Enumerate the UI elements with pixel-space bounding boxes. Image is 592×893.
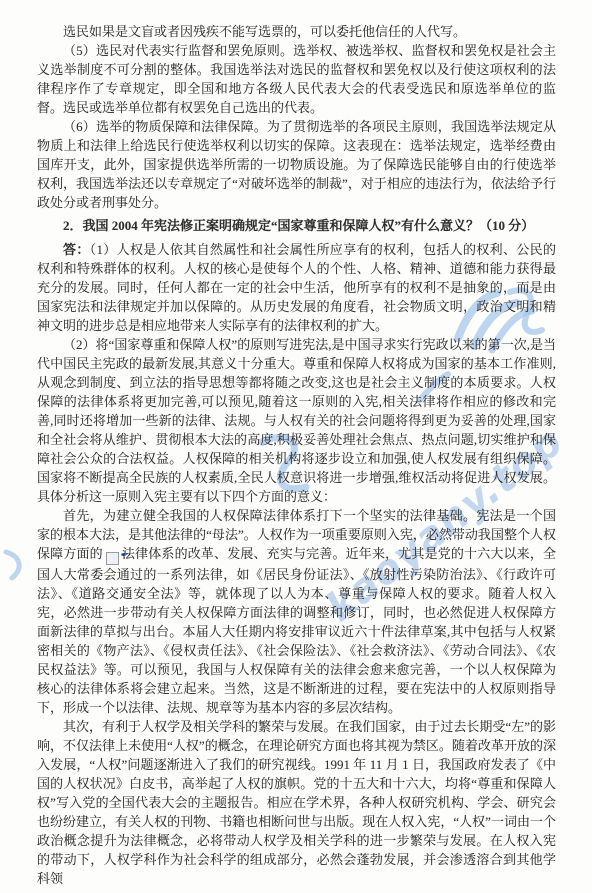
text-run: 法律体系的改革、发展、充实与完善。近年来，尤其是党的十六大以来，全国人大常委会通… bbox=[37, 546, 556, 715]
text-run: （2）将“国家尊重和保障人权”的原则写进宪法,是中国寻求实行宪政以来的第一次,是… bbox=[37, 337, 556, 504]
paragraph-principle-6: （6）选举的物质保障和法律保障。为了贯彻选举的各项民主原则，我国选举法规定从物质… bbox=[37, 117, 556, 212]
answer-first-aspect: 首先，为建立健全我国的人权保障法律体系打下一个坚实的法律基础。宪法是一个国家的根… bbox=[37, 506, 556, 717]
answer-point-2: （2）将“国家尊重和保障人权”的原则写进宪法,是中国寻求实行宪政以来的第一次,是… bbox=[37, 335, 556, 506]
text-run: 选民如果是文盲或者因残疾不能写选票的，可以委托他信任的人代写。 bbox=[63, 24, 466, 39]
question-title: 2．我国 2004 年宪法修正案明确规定“国家尊重和保障人权”有什么意义？（10… bbox=[37, 216, 556, 235]
answer-second-aspect: 其次，有利于人权学及相关学科的繁荣与发展。在我们国家，由于过去长期受“左”的影响… bbox=[37, 717, 556, 888]
text-run: （5）选民对代表实行监督和罢免原则。选举权、被选举权、监督权和罢免权是社会主义选… bbox=[37, 43, 556, 115]
document-body: 选民如果是文盲或者因残疾不能写选票的，可以委托他信任的人代写。（5）选民对代表实… bbox=[37, 22, 556, 888]
text-run: 2．我国 2004 年宪法修正案明确规定“国家尊重和保障人权”有什么意义？（10… bbox=[63, 218, 534, 233]
text-run: （1）人权是人依其自然属性和社会属性所应享有的权利，包括人的权利、公民的权利和特… bbox=[37, 242, 556, 333]
scanned-document-page: kaoyany.top 选民如果是文盲或者因残疾不能写选票的，可以委托他信任的人… bbox=[0, 0, 592, 893]
text-run: 其次，有利于人权学及相关学科的繁荣与发展。在我们国家，由于过去长期受“左”的影响… bbox=[37, 719, 556, 886]
text-run: 答： bbox=[63, 242, 90, 257]
paragraph-principle-5: （5）选民对代表实行监督和罢免原则。选举权、被选举权、监督权和罢免权是社会主义选… bbox=[37, 41, 556, 117]
answer-point-1: 答：（1）人权是人依其自然属性和社会属性所应享有的权利，包括人的权利、公民的权利… bbox=[37, 240, 556, 335]
text-run: （6）选举的物质保障和法律保障。为了贯彻选举的各项民主原则，我国选举法规定从物质… bbox=[37, 119, 556, 210]
paragraph-voter-proxy: 选民如果是文盲或者因残疾不能写选票的，可以委托他信任的人代写。 bbox=[37, 22, 556, 41]
pen-icon: ✒ bbox=[106, 552, 119, 565]
